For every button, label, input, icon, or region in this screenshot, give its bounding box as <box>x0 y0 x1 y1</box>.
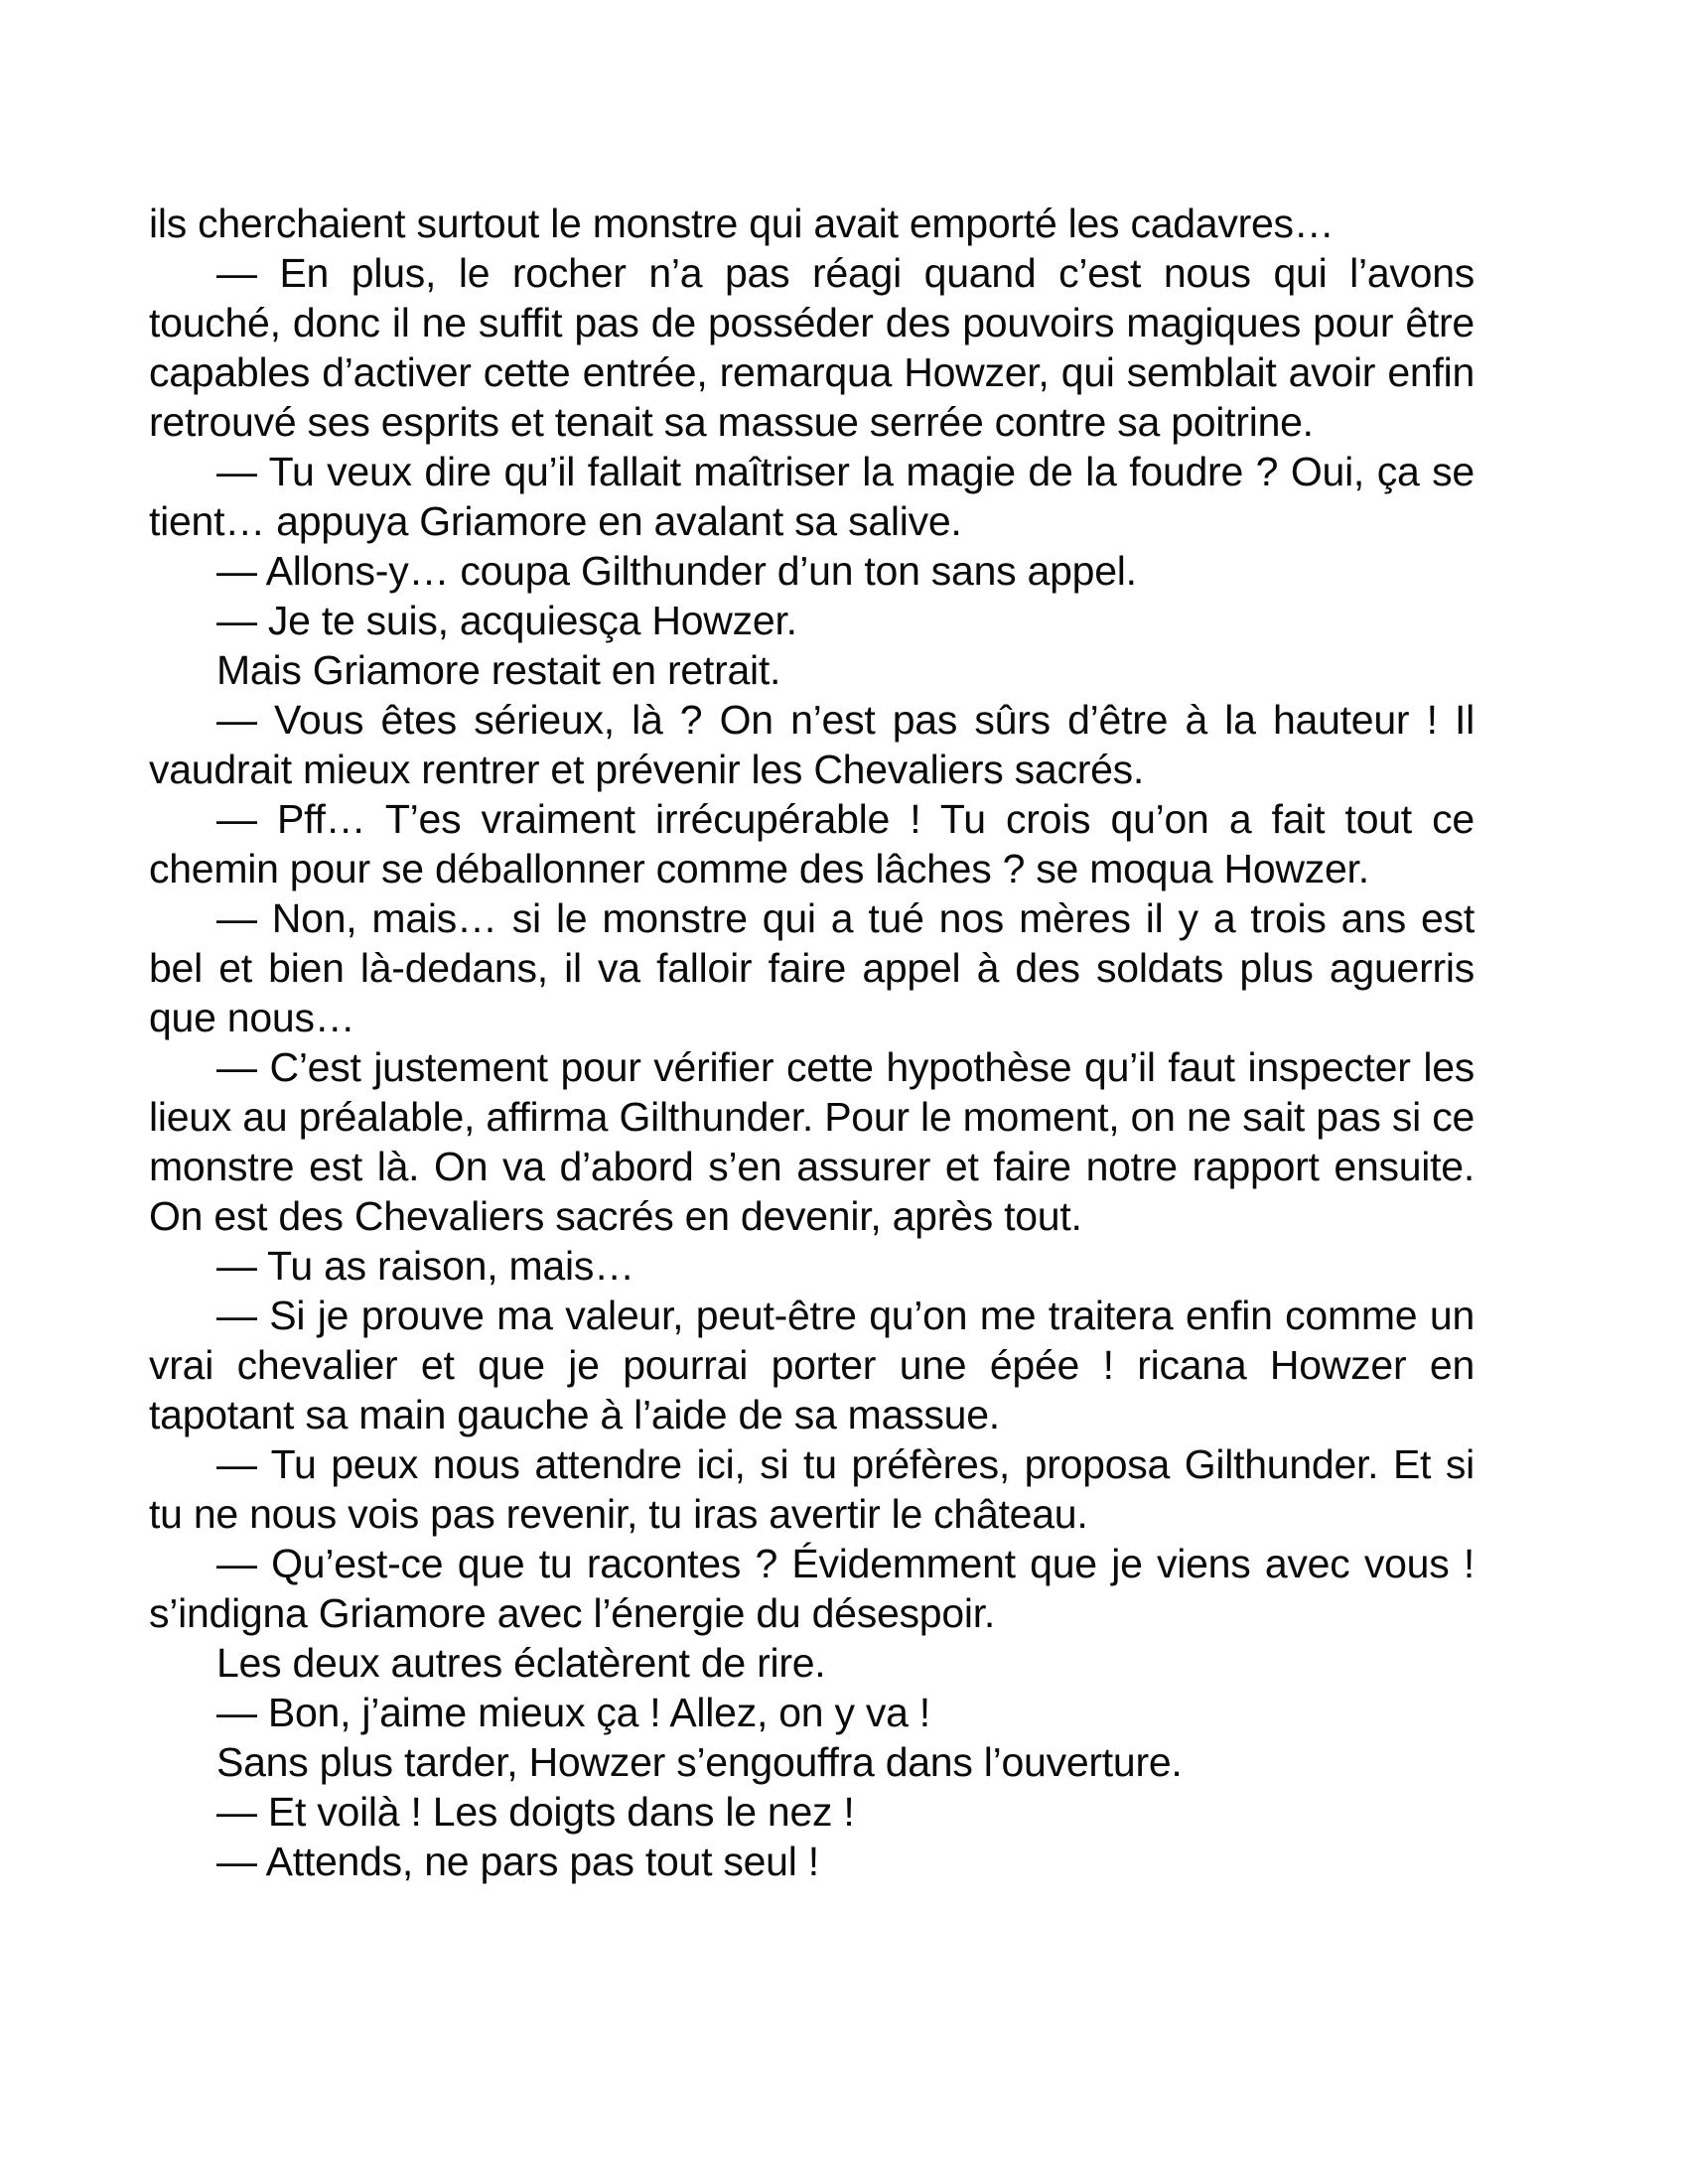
paragraph: — Bon, j’aime mieux ça ! Allez, on y va … <box>149 1688 1475 1737</box>
paragraph: — Je te suis, acquiesça Howzer. <box>149 596 1475 645</box>
page-text: ils cherchaient surtout le monstre qui a… <box>149 199 1475 1886</box>
paragraph: — Tu as raison, mais… <box>149 1241 1475 1291</box>
paragraph: — C’est justement pour vérifier cette hy… <box>149 1042 1475 1241</box>
paragraph: — Si je prouve ma valeur, peut-être qu’o… <box>149 1291 1475 1439</box>
paragraph: Les deux autres éclatèrent de rire. <box>149 1638 1475 1688</box>
paragraph: ils cherchaient surtout le monstre qui a… <box>149 199 1475 248</box>
paragraph: — Tu veux dire qu’il fallait maîtriser l… <box>149 447 1475 546</box>
paragraph: — Qu’est-ce que tu racontes ? Évidemment… <box>149 1539 1475 1638</box>
book-page: ils cherchaient surtout le monstre qui a… <box>0 0 1688 2184</box>
paragraph: — Allons-y… coupa Gilthunder d’un ton sa… <box>149 546 1475 596</box>
paragraph: — En plus, le rocher n’a pas réagi quand… <box>149 248 1475 447</box>
paragraph: Mais Griamore restait en retrait. <box>149 645 1475 695</box>
paragraph: — Attends, ne pars pas tout seul ! <box>149 1837 1475 1886</box>
paragraph: — Vous êtes sérieux, là ? On n’est pas s… <box>149 695 1475 794</box>
paragraph: Sans plus tarder, Howzer s’engouffra dan… <box>149 1737 1475 1787</box>
paragraph: — Tu peux nous attendre ici, si tu préfè… <box>149 1439 1475 1539</box>
paragraph: — Et voilà ! Les doigts dans le nez ! <box>149 1787 1475 1837</box>
paragraph: — Pff… T’es vraiment irrécupérable ! Tu … <box>149 794 1475 893</box>
paragraph: — Non, mais… si le monstre qui a tué nos… <box>149 893 1475 1042</box>
